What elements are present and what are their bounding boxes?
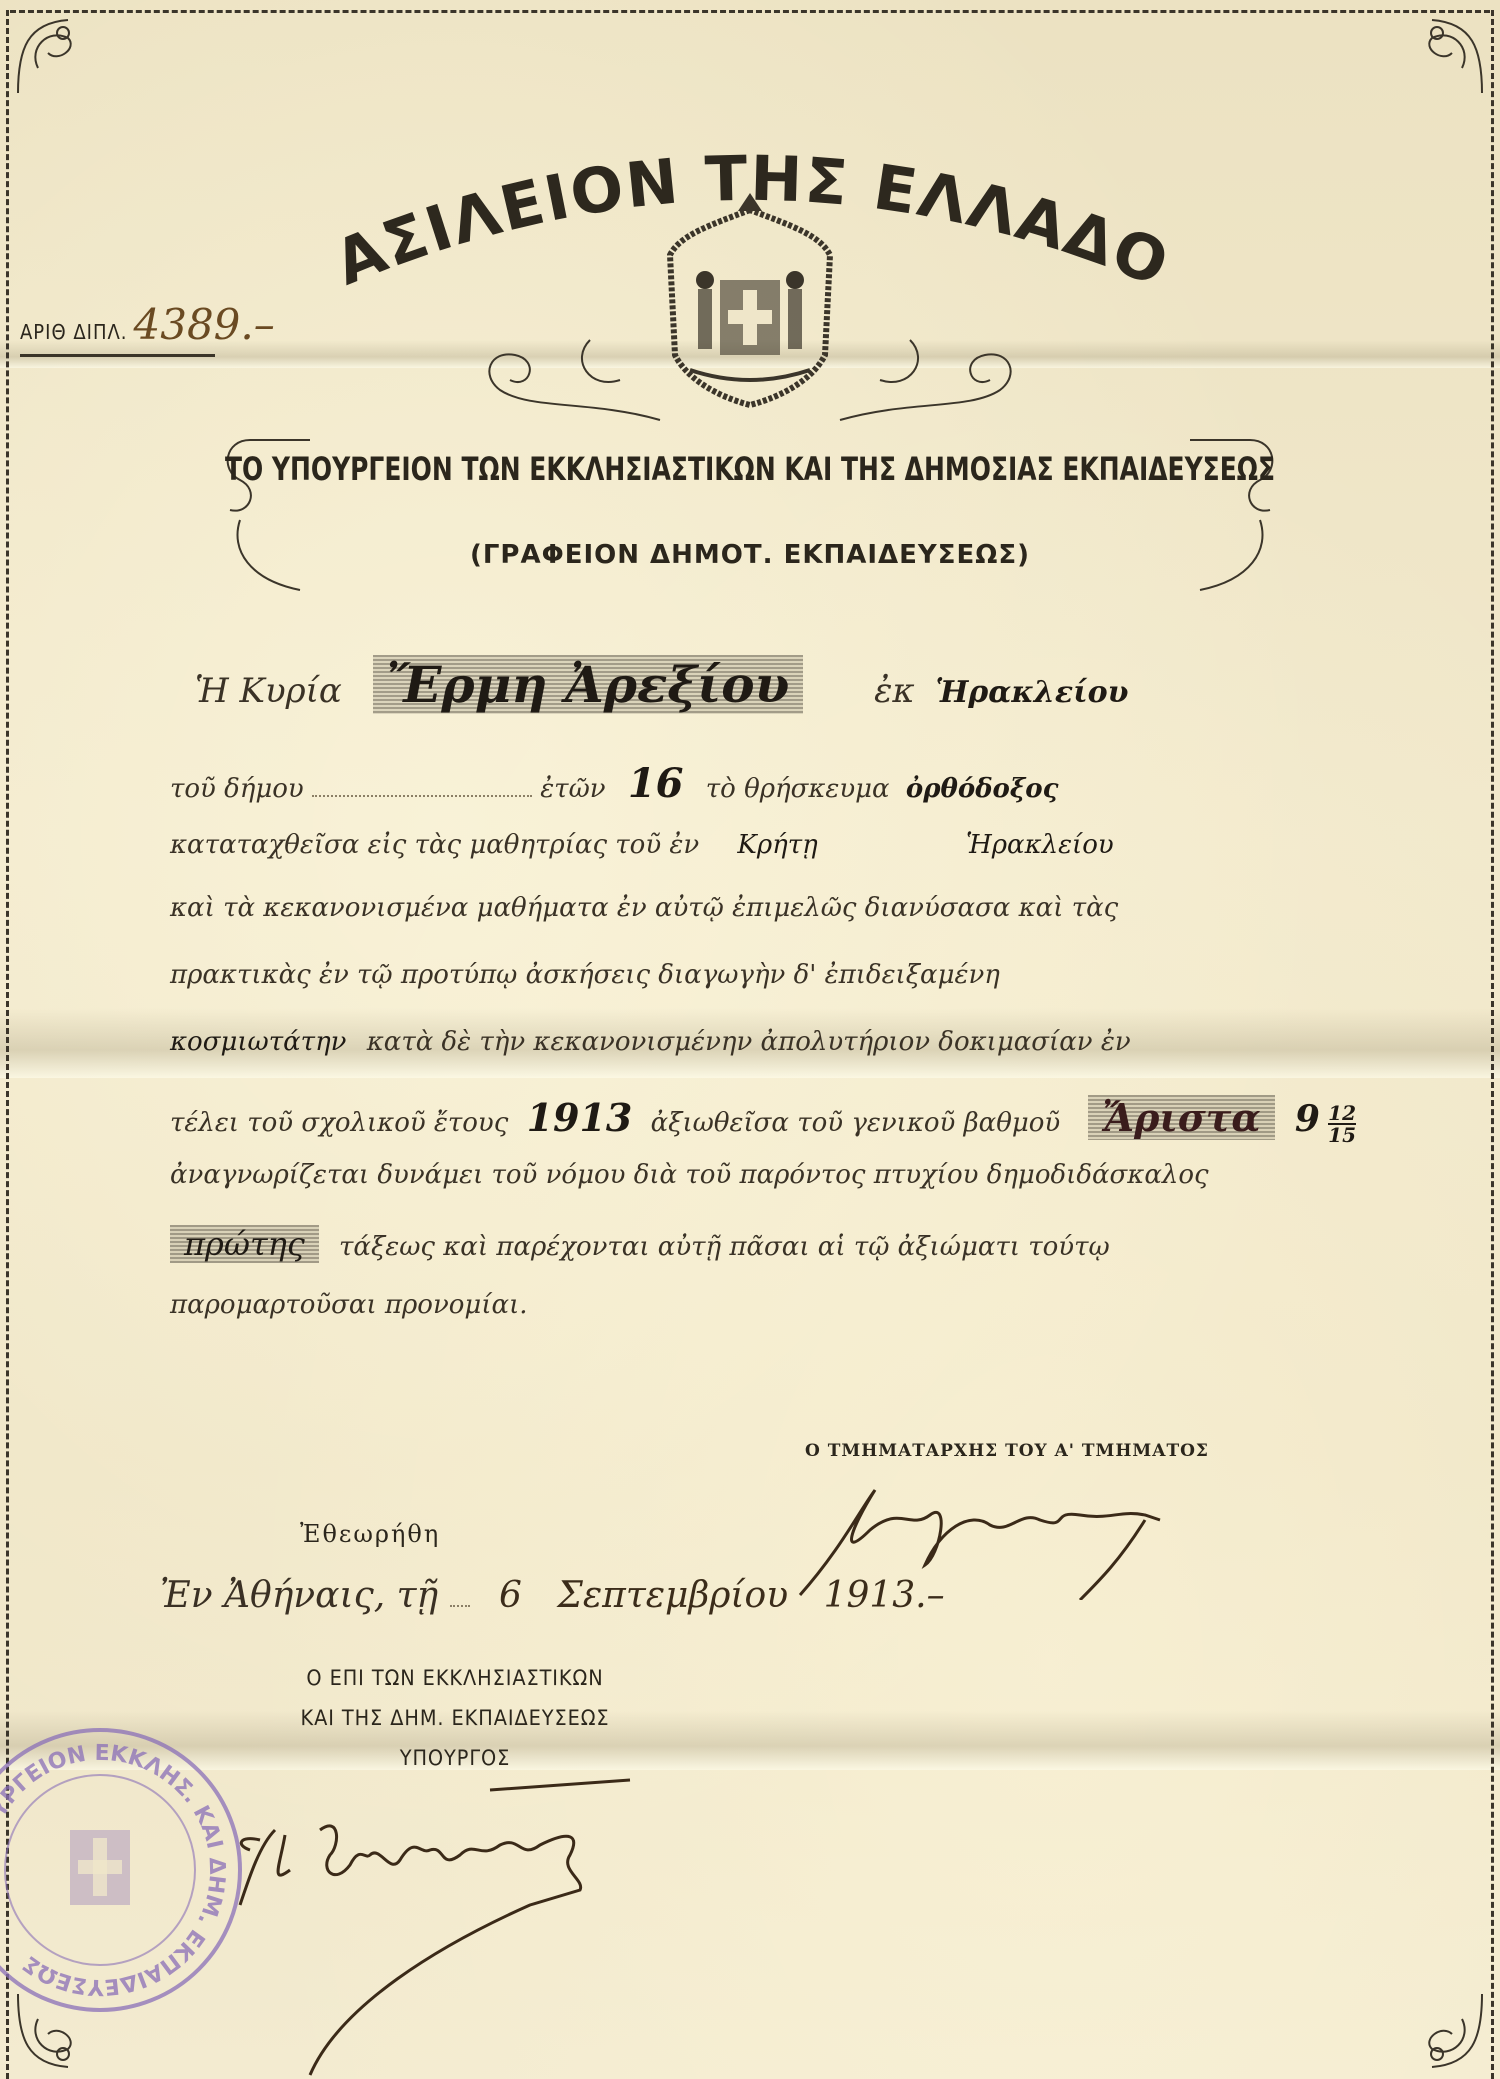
minister-title: Ο ΕΠΙ ΤΩΝ ΕΚΚΛΗΣΙΑΣΤΙΚΩΝ ΚΑΙ ΤΗΣ ΔΗΜ. ΕΚ…: [248, 1658, 662, 1778]
date-month: Σεπτεμβρίου: [557, 1575, 788, 1616]
body-line-6: κοσμιωτάτην κατὰ δὲ τὴν κεκανονισμένην ἀ…: [170, 1027, 1380, 1057]
date-year: 1913.–: [824, 1575, 945, 1616]
from-label: ἐκ: [874, 671, 915, 711]
reviewed-label: Ἐθεωρήθη: [300, 1520, 440, 1548]
age-label: ἐτῶν: [540, 774, 605, 804]
coat-of-arms-icon: [650, 185, 850, 415]
minister-signature: [190, 1775, 850, 2079]
diploma-class: πρώτης: [170, 1225, 319, 1263]
age-value: 16: [628, 760, 684, 807]
place-label: Ἐν Ἀθήναις, τῇ: [160, 1575, 438, 1616]
place-crete: Κρήτῃ: [737, 830, 817, 860]
overall-grade: Ἄριστα: [1088, 1095, 1274, 1140]
page-border-top: [10, 10, 1490, 17]
flourish-ornament-icon: [470, 320, 670, 430]
office-subtitle: (ΓΡΑΦΕΙΟΝ ΔΗΜΟΤ. ΕΚΠΑΙΔΕΥΣΕΩΣ): [0, 540, 1500, 570]
religion-value: ὀρθόδοξος: [906, 774, 1059, 804]
body-line-2: τοῦ δήμου ἐτῶν 16 τὸ θρήσκευμα ὀρθόδοξος: [170, 760, 1380, 807]
minister-title-line: ΥΠΟΥΡΓΟΣ: [248, 1738, 662, 1778]
body-line-4: καὶ τὰ κεκανονισμένα μαθήματα ἐν αὐτῷ ἐπ…: [170, 893, 1380, 923]
blank-field: [450, 1595, 470, 1607]
blank-field: [312, 785, 532, 797]
salutation: Ἡ Κυρία: [195, 671, 342, 711]
body-line-5: πρακτικὰς ἐν τῷ προτύπῳ ἀσκήσεις διαγωγὴ…: [170, 960, 1380, 990]
body-line-8: ἀναγνωρίζεται δυνάμει τοῦ νόμου διὰ τοῦ …: [170, 1160, 1380, 1190]
origin-city: Ἡρακλείου: [935, 675, 1128, 710]
recipient-name: Ἔρμη Ἀρεξίου: [373, 655, 804, 714]
body-text: ἀξιωθεῖσα τοῦ γενικοῦ βαθμοῦ: [651, 1108, 1061, 1138]
body-line-3: καταταχθεῖσα εἰς τὰς μαθητρίας τοῦ ἐν Κρ…: [170, 830, 1380, 860]
divider: [20, 354, 215, 357]
body-line-10: παρομαρτοῦσαι προνομίαι.: [170, 1290, 1380, 1320]
body-text: καταταχθεῖσα εἰς τὰς μαθητρίας τοῦ ἐν: [170, 830, 699, 860]
body-text: κατὰ δὲ τὴν κεκανονισμένην ἀπολυτήριον δ…: [367, 1027, 1131, 1057]
ministry-title: ΤΟ ΥΠΟΥΡΓΕΙΟΝ ΤΩΝ ΕΚΚΛΗΣΙΑΣΤΙΚΩΝ ΚΑΙ ΤΗΣ…: [165, 450, 1335, 488]
religion-label: τὸ θρήσκευμα: [706, 774, 890, 804]
grade-fraction: 12 15: [1328, 1103, 1356, 1145]
place-and-date: Ἐν Ἀθήναις, τῇ 6 Σεπτεμβρίου 1913.–: [160, 1575, 945, 1616]
grade-numeric-whole: 9: [1295, 1098, 1320, 1140]
grade-numerator: 12: [1328, 1103, 1356, 1125]
corner-ornament-icon: [1402, 8, 1492, 98]
body-line-7: τέλει τοῦ σχολικοῦ ἔτους 1913 ἀξιωθεῖσα …: [170, 1095, 1380, 1145]
diploma-number-label: ΑΡΙΘ ΔΙΠΛ.: [20, 320, 128, 344]
body-line-1: Ἡ Κυρία Ἔρμη Ἀρεξίου ἐκ Ἡρακλείου: [195, 655, 1380, 714]
exam-year: 1913: [527, 1095, 633, 1140]
municipality-label: τοῦ δήμου: [170, 774, 304, 804]
date-day: 6: [499, 1575, 522, 1616]
diploma-number-value: 4389.–: [134, 300, 275, 349]
body-text: τάξεως καὶ παρέχονται αὐτῇ πᾶσαι αἱ τῷ ἀ…: [339, 1232, 1110, 1262]
grade-denominator: 15: [1328, 1125, 1356, 1145]
department-head-title: Ο ΤΜΗΜΑΤΑΡΧΗΣ ΤΟΥ Α' ΤΜΗΜΑΤΟΣ: [805, 1441, 1209, 1461]
diploma-number: ΑΡΙΘ ΔΙΠΛ. 4389.–: [20, 300, 275, 349]
diploma-page: ΒΑΣΙΛΕΙΟΝ ΤΗΣ ΕΛΛΑΔΟΣ ΑΡΙΘ ΔΙΠΛ. 4389.– …: [0, 0, 1500, 2079]
page-border-right: [1488, 10, 1494, 2079]
conduct-grade: κοσμιωτάτην: [170, 1027, 346, 1057]
corner-ornament-icon: [8, 8, 98, 98]
minister-title-line: ΚΑΙ ΤΗΣ ΔΗΜ. ΕΚΠΑΙΔΕΥΣΕΩΣ: [248, 1698, 662, 1738]
flourish-ornament-icon: [830, 320, 1030, 430]
corner-ornament-icon: [1402, 1989, 1492, 2079]
minister-title-line: Ο ΕΠΙ ΤΩΝ ΕΚΚΛΗΣΙΑΣΤΙΚΩΝ: [248, 1658, 662, 1698]
body-text: τέλει τοῦ σχολικοῦ ἔτους: [170, 1108, 508, 1138]
ministry-stamp: ΥΠΟΥΡΓΕΙΟΝ ΕΚΚΛΗΣ. ΚΑΙ ΔΗΜ. ΕΚΠΑΙΔΕΥΣΕΩΣ: [0, 1720, 250, 2020]
place-heraklion: Ἡρακλείου: [966, 830, 1114, 860]
body-line-9: πρώτης τάξεως καὶ παρέχονται αὐτῇ πᾶσαι …: [170, 1225, 1380, 1263]
